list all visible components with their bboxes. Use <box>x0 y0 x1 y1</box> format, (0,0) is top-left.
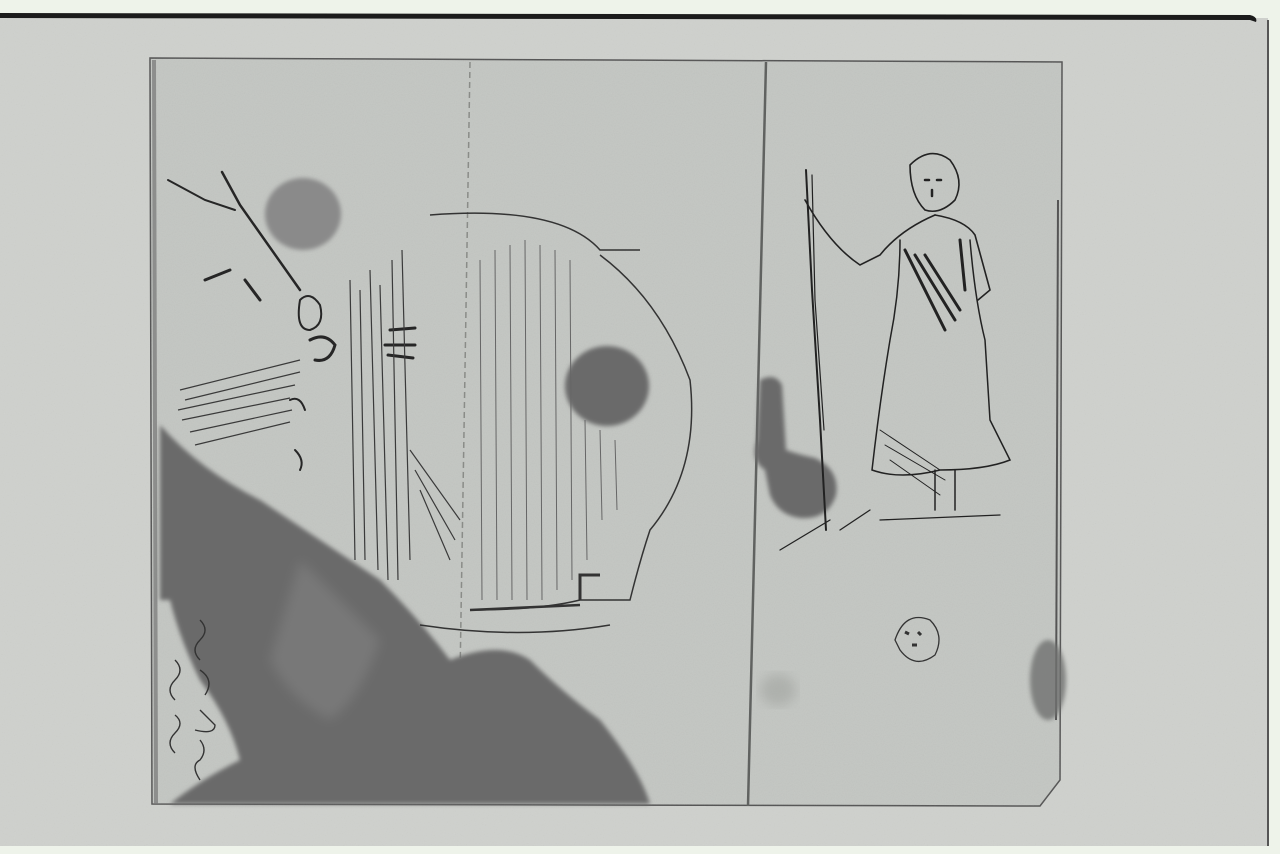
ink-blot-top-left <box>265 178 341 250</box>
photograph <box>0 0 1280 854</box>
sketchbook-photo <box>0 0 1280 854</box>
ink-blot-center <box>565 346 649 426</box>
